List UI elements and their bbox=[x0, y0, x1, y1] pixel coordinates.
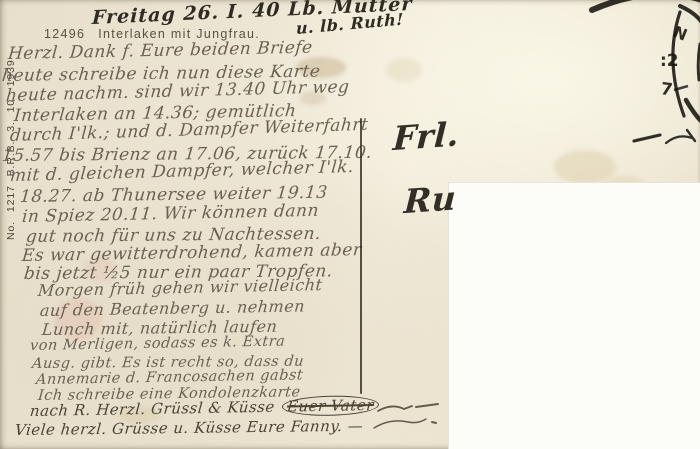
postmark-stamp: N :2 7 bbox=[552, 0, 700, 144]
struck-out-words: Euer Vater bbox=[281, 395, 380, 417]
ink-stroke bbox=[630, 124, 700, 152]
caption-number: 12496 bbox=[44, 27, 85, 41]
paper-stain bbox=[386, 58, 422, 82]
address-line-ru: Ru bbox=[403, 178, 457, 221]
postmark-char-7: 7 bbox=[659, 79, 674, 100]
address-line-frl: Frl. bbox=[392, 114, 460, 158]
blank-address-panel bbox=[448, 182, 700, 449]
message-line: Herzl. Dank f. Eure beiden Briefe bbox=[7, 38, 313, 64]
postmark-char-2: :2 bbox=[660, 51, 679, 71]
signature-line: Viele herzl. Grüsse u. Küsse Eure Fanny.… bbox=[14, 417, 364, 439]
closing-text: nach R. Herzl. Grüssl & Küsse bbox=[29, 398, 281, 420]
message-address-divider bbox=[360, 118, 362, 394]
paper-stain bbox=[554, 150, 616, 184]
postcard-scan: 12496Interlaken mit Jungfrau. No. 1217 B… bbox=[0, 0, 700, 449]
message-line: von Merligen, sodass es k. Extra bbox=[29, 334, 286, 354]
scribble-stroke bbox=[372, 400, 452, 442]
